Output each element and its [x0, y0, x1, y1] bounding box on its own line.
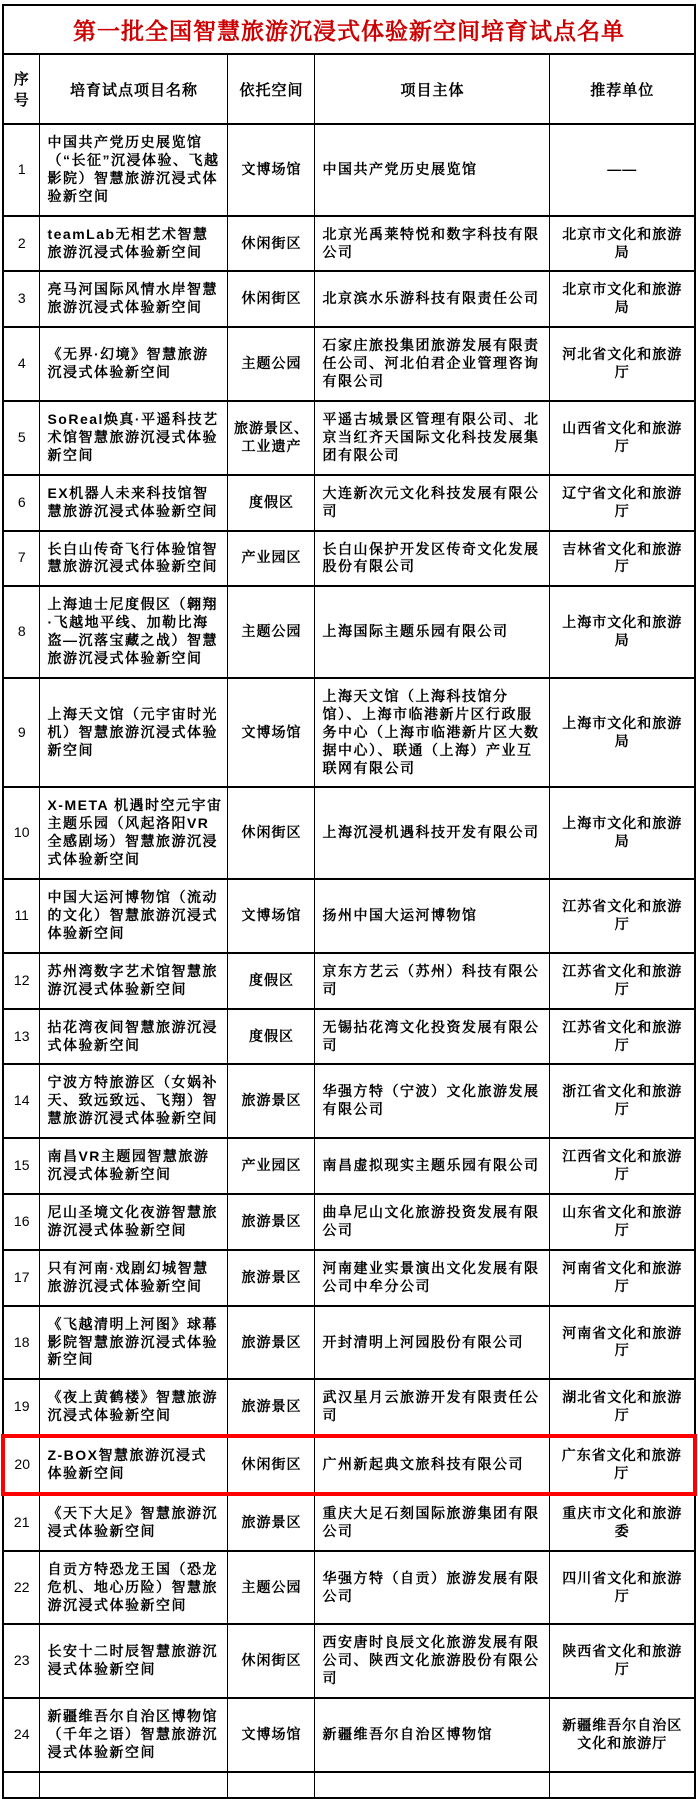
row-number-cell: 16	[3, 1194, 40, 1250]
space-type-cell: 主题公园	[228, 1551, 315, 1625]
column-header-recommender: 推荐单位	[550, 54, 695, 124]
table-row: 17只有河南·戏剧幻城智慧旅游沉浸式体验新空间旅游景区河南建业实景演出文化发展有…	[3, 1250, 695, 1306]
project-name-cell: 上海天文馆（元宇宙时光机）智慧旅游沉浸式体验新空间	[40, 678, 228, 788]
project-name-cell: 只有河南·戏剧幻城智慧旅游沉浸式体验新空间	[40, 1250, 228, 1306]
project-subject-cell: 上海沉浸机遇科技开发有限公司	[315, 787, 550, 879]
project-subject-cell: 重庆大足石刻国际旅游集团有限公司	[315, 1494, 550, 1551]
recommender-cell: 上海市文化和旅游局	[550, 678, 695, 788]
project-subject-cell: 开封清明上河园股份有限公司	[315, 1306, 550, 1380]
project-subject-cell: 曲阜尼山文化旅游投资发展有限公司	[315, 1194, 550, 1250]
recommender-cell: 新疆维吾尔自治区文化和旅游厅	[550, 1698, 695, 1772]
space-type-cell: 文博场馆	[228, 1698, 315, 1772]
space-type-cell: 文博场馆	[228, 124, 315, 216]
recommender-cell: 陕西省文化和旅游厅	[550, 1624, 695, 1698]
table-row: 8上海迪士尼度假区（翱翔·飞越地平线、加勒比海盗—沉落宝藏之战）智慧旅游沉浸式体…	[3, 586, 695, 678]
table-row: 16尼山圣境文化夜游智慧旅游沉浸式体验新空间旅游景区曲阜尼山文化旅游投资发展有限…	[3, 1194, 695, 1250]
recommender-cell: 北京市文化和旅游局	[550, 271, 695, 327]
table-row: 24新疆维吾尔自治区博物馆（千年之语）智慧旅游沉浸式体验新空间文博场馆新疆维吾尔…	[3, 1698, 695, 1772]
project-name-cell: 新疆维吾尔自治区博物馆（千年之语）智慧旅游沉浸式体验新空间	[40, 1698, 228, 1772]
space-type-cell: 旅游景区	[228, 1379, 315, 1436]
recommender-cell: 河北省文化和旅游厅	[550, 327, 695, 401]
row-number-cell: 11	[3, 879, 40, 953]
space-type-cell: 休闲街区	[228, 1436, 315, 1494]
project-subject-cell: 新疆维吾尔自治区博物馆	[315, 1698, 550, 1772]
title-row: 第一批全国智慧旅游沉浸式体验新空间培育试点名单	[3, 5, 695, 54]
row-number-cell: 7	[3, 531, 40, 587]
project-name-cell: 长白山传奇飞行体验馆智慧旅游沉浸式体验新空间	[40, 531, 228, 587]
space-type-cell: 旅游景区	[228, 1064, 315, 1138]
recommender-cell: 广东省文化和旅游厅	[550, 1436, 695, 1494]
space-type-cell: 旅游景区	[228, 1250, 315, 1306]
recommender-cell: 辽宁省文化和旅游厅	[550, 475, 695, 531]
recommender-cell: 江苏省文化和旅游厅	[550, 879, 695, 953]
row-number-cell: 14	[3, 1064, 40, 1138]
table-row: 11中国大运河博物馆（流动的文化）智慧旅游沉浸式体验新空间文博场馆扬州中国大运河…	[3, 879, 695, 953]
space-type-cell: 旅游景区	[228, 1306, 315, 1380]
column-header-space: 依托空间	[228, 54, 315, 124]
project-name-cell: 南昌VR主题园智慧旅游沉浸式体验新空间	[40, 1138, 228, 1194]
recommender-cell: 北京市文化和旅游局	[550, 216, 695, 272]
project-name-cell: 长安十二时辰智慧旅游沉浸式体验新空间	[40, 1624, 228, 1698]
project-name-cell: 尼山圣境文化夜游智慧旅游沉浸式体验新空间	[40, 1194, 228, 1250]
recommender-cell: 江西省文化和旅游厅	[550, 1138, 695, 1194]
page-title: 第一批全国智慧旅游沉浸式体验新空间培育试点名单	[3, 5, 695, 54]
project-name-cell: 上海迪士尼度假区（翱翔·飞越地平线、加勒比海盗—沉落宝藏之战）智慧旅游沉浸式体验…	[40, 586, 228, 678]
project-subject-cell: 华强方特（宁波）文化旅游发展有限公司	[315, 1064, 550, 1138]
space-type-cell: 主题公园	[228, 327, 315, 401]
table-row: 9上海天文馆（元宇宙时光机）智慧旅游沉浸式体验新空间文博场馆上海天文馆（上海科技…	[3, 678, 695, 788]
space-type-cell: 休闲街区	[228, 1624, 315, 1698]
project-subject-cell: 扬州中国大运河博物馆	[315, 879, 550, 953]
table-row: 4《无界·幻境》智慧旅游沉浸式体验新空间主题公园石家庄旅投集团旅游发展有限责任公…	[3, 327, 695, 401]
recommender-cell: 山东省文化和旅游厅	[550, 1194, 695, 1250]
recommender-cell: 湖北省文化和旅游厅	[550, 1379, 695, 1436]
row-number-cell: 10	[3, 787, 40, 879]
project-name-cell: 《天下大足》智慧旅游沉浸式体验新空间	[40, 1494, 228, 1551]
project-subject-cell: 武汉星月云旅游开发有限责任公司	[315, 1379, 550, 1436]
space-type-cell: 旅游景区	[228, 1194, 315, 1250]
table-row: 22自贡方特恐龙王国（恐龙危机、地心历险）智慧旅游沉浸式体验新空间主题公园华强方…	[3, 1551, 695, 1625]
empty-row	[3, 1772, 695, 1798]
table-row: 23长安十二时辰智慧旅游沉浸式体验新空间休闲街区西安唐时良辰文化旅游发展有限公司…	[3, 1624, 695, 1698]
table-row: 1中国共产党历史展览馆（“长征”沉浸体验、飞越影院）智慧旅游沉浸式体验新空间文博…	[3, 124, 695, 216]
project-subject-cell: 京东方艺云（苏州）科技有限公司	[315, 953, 550, 1009]
empty-cell	[3, 1772, 40, 1798]
project-subject-cell: 无锡拈花湾文化投资发展有限公司	[315, 1009, 550, 1065]
empty-cell	[550, 1772, 695, 1798]
project-name-cell: Z-BOX智慧旅游沉浸式体验新空间	[40, 1436, 228, 1494]
project-name-cell: SoReal焕真·平遥科技艺术馆智慧旅游沉浸式体验新空间	[40, 401, 228, 475]
row-number-cell: 3	[3, 271, 40, 327]
project-subject-cell: 河南建业实景演出文化发展有限公司中牟分公司	[315, 1250, 550, 1306]
column-header-subject: 项目主体	[315, 54, 550, 124]
row-number-cell: 8	[3, 586, 40, 678]
space-type-cell: 产业园区	[228, 1138, 315, 1194]
row-number-cell: 15	[3, 1138, 40, 1194]
space-type-cell: 休闲街区	[228, 216, 315, 272]
project-subject-cell: 西安唐时良辰文化旅游发展有限公司、陕西文化旅游股份有限公司	[315, 1624, 550, 1698]
project-name-cell: 亮马河国际风情水岸智慧旅游沉浸式体验新空间	[40, 271, 228, 327]
space-type-cell: 度假区	[228, 475, 315, 531]
recommender-cell: 河南省文化和旅游厅	[550, 1250, 695, 1306]
project-name-cell: 《无界·幻境》智慧旅游沉浸式体验新空间	[40, 327, 228, 401]
table-row: 18《飞越清明上河图》球幕影院智慧旅游沉浸式体验新空间旅游景区开封清明上河园股份…	[3, 1306, 695, 1380]
recommender-cell: 浙江省文化和旅游厅	[550, 1064, 695, 1138]
project-name-cell: 《夜上黄鹤楼》智慧旅游沉浸式体验新空间	[40, 1379, 228, 1436]
row-number-cell: 23	[3, 1624, 40, 1698]
project-subject-cell: 广州新起典文旅科技有限公司	[315, 1436, 550, 1494]
project-name-cell: 拈花湾夜间智慧旅游沉浸式体验新空间	[40, 1009, 228, 1065]
project-name-cell: 中国共产党历史展览馆（“长征”沉浸体验、飞越影院）智慧旅游沉浸式体验新空间	[40, 124, 228, 216]
recommender-cell: 四川省文化和旅游厅	[550, 1551, 695, 1625]
table-row-highlighted: 20Z-BOX智慧旅游沉浸式体验新空间休闲街区广州新起典文旅科技有限公司广东省文…	[3, 1436, 695, 1494]
recommender-cell: 江苏省文化和旅游厅	[550, 1009, 695, 1065]
space-type-cell: 旅游景区	[228, 1494, 315, 1551]
project-subject-cell: 大连新次元文化科技发展有限公司	[315, 475, 550, 531]
project-name-cell: 苏州湾数字艺术馆智慧旅游沉浸式体验新空间	[40, 953, 228, 1009]
space-type-cell: 休闲街区	[228, 787, 315, 879]
space-type-cell: 休闲街区	[228, 271, 315, 327]
recommender-cell: 河南省文化和旅游厅	[550, 1306, 695, 1380]
table-row: 21《天下大足》智慧旅游沉浸式体验新空间旅游景区重庆大足石刻国际旅游集团有限公司…	[3, 1494, 695, 1551]
table-body: 1中国共产党历史展览馆（“长征”沉浸体验、飞越影院）智慧旅游沉浸式体验新空间文博…	[3, 124, 695, 1798]
project-subject-cell: 上海国际主题乐园有限公司	[315, 586, 550, 678]
row-number-cell: 1	[3, 124, 40, 216]
project-subject-cell: 平遥古城景区管理有限公司、北京当红齐天国际文化科技发展集团有限公司	[315, 401, 550, 475]
table-header-row: 序号 培育试点项目名称 依托空间 项目主体 推荐单位	[3, 54, 695, 124]
row-number-cell: 22	[3, 1551, 40, 1625]
project-name-cell: X-META 机遇时空元宇宙主题乐园（风起洛阳VR全感剧场）智慧旅游沉浸式体验新…	[40, 787, 228, 879]
row-number-cell: 9	[3, 678, 40, 788]
table-row: 5SoReal焕真·平遥科技艺术馆智慧旅游沉浸式体验新空间旅游景区、工业遗产平遥…	[3, 401, 695, 475]
table-row: 2teamLab无相艺术智慧旅游沉浸式体验新空间休闲街区北京光禹莱特悦和数字科技…	[3, 216, 695, 272]
project-subject-cell: 上海天文馆（上海科技馆分馆）、上海市临港新片区行政服务中心（上海市临港新片区大数…	[315, 678, 550, 788]
table-row: 6EX机器人未来科技馆智慧旅游沉浸式体验新空间度假区大连新次元文化科技发展有限公…	[3, 475, 695, 531]
row-number-cell: 18	[3, 1306, 40, 1380]
project-name-cell: 自贡方特恐龙王国（恐龙危机、地心历险）智慧旅游沉浸式体验新空间	[40, 1551, 228, 1625]
table-row: 10X-META 机遇时空元宇宙主题乐园（风起洛阳VR全感剧场）智慧旅游沉浸式体…	[3, 787, 695, 879]
table-row: 13拈花湾夜间智慧旅游沉浸式体验新空间度假区无锡拈花湾文化投资发展有限公司江苏省…	[3, 1009, 695, 1065]
row-number-cell: 21	[3, 1494, 40, 1551]
project-name-cell: 《飞越清明上河图》球幕影院智慧旅游沉浸式体验新空间	[40, 1306, 228, 1380]
table-row: 15南昌VR主题园智慧旅游沉浸式体验新空间产业园区南昌虚拟现实主题乐园有限公司江…	[3, 1138, 695, 1194]
recommender-cell: 重庆市文化和旅游委	[550, 1494, 695, 1551]
pilot-list-table: 第一批全国智慧旅游沉浸式体验新空间培育试点名单 序号 培育试点项目名称 依托空间…	[1, 4, 697, 1799]
recommender-cell: 上海市文化和旅游局	[550, 787, 695, 879]
row-number-cell: 13	[3, 1009, 40, 1065]
table-row: 12苏州湾数字艺术馆智慧旅游沉浸式体验新空间度假区京东方艺云（苏州）科技有限公司…	[3, 953, 695, 1009]
project-subject-cell: 北京滨水乐游科技有限责任公司	[315, 271, 550, 327]
recommender-cell: 江苏省文化和旅游厅	[550, 953, 695, 1009]
row-number-cell: 2	[3, 216, 40, 272]
project-subject-cell: 华强方特（自贡）旅游发展有限公司	[315, 1551, 550, 1625]
space-type-cell: 度假区	[228, 953, 315, 1009]
column-header-name: 培育试点项目名称	[40, 54, 228, 124]
empty-cell	[315, 1772, 550, 1798]
space-type-cell: 旅游景区、工业遗产	[228, 401, 315, 475]
project-name-cell: EX机器人未来科技馆智慧旅游沉浸式体验新空间	[40, 475, 228, 531]
space-type-cell: 度假区	[228, 1009, 315, 1065]
row-number-cell: 6	[3, 475, 40, 531]
project-name-cell: teamLab无相艺术智慧旅游沉浸式体验新空间	[40, 216, 228, 272]
space-type-cell: 产业园区	[228, 531, 315, 587]
space-type-cell: 文博场馆	[228, 678, 315, 788]
row-number-cell: 20	[3, 1436, 40, 1494]
column-header-no: 序号	[3, 54, 40, 124]
project-name-cell: 中国大运河博物馆（流动的文化）智慧旅游沉浸式体验新空间	[40, 879, 228, 953]
row-number-cell: 12	[3, 953, 40, 1009]
recommender-cell: 山西省文化和旅游厅	[550, 401, 695, 475]
document-page: 第一批全国智慧旅游沉浸式体验新空间培育试点名单 序号 培育试点项目名称 依托空间…	[0, 0, 698, 1799]
empty-cell	[228, 1772, 315, 1798]
empty-cell	[40, 1772, 228, 1798]
project-subject-cell: 北京光禹莱特悦和数字科技有限公司	[315, 216, 550, 272]
table-row: 19《夜上黄鹤楼》智慧旅游沉浸式体验新空间旅游景区武汉星月云旅游开发有限责任公司…	[3, 1379, 695, 1436]
row-number-cell: 4	[3, 327, 40, 401]
row-number-cell: 19	[3, 1379, 40, 1436]
row-number-cell: 24	[3, 1698, 40, 1772]
table-row: 14宁波方特旅游区（女娲补天、致远致远、飞翔）智慧旅游沉浸式体验新空间旅游景区华…	[3, 1064, 695, 1138]
space-type-cell: 主题公园	[228, 586, 315, 678]
project-subject-cell: 长白山保护开发区传奇文化发展股份有限公司	[315, 531, 550, 587]
table-row: 3亮马河国际风情水岸智慧旅游沉浸式体验新空间休闲街区北京滨水乐游科技有限责任公司…	[3, 271, 695, 327]
project-name-cell: 宁波方特旅游区（女娲补天、致远致远、飞翔）智慧旅游沉浸式体验新空间	[40, 1064, 228, 1138]
row-number-cell: 17	[3, 1250, 40, 1306]
project-subject-cell: 中国共产党历史展览馆	[315, 124, 550, 216]
recommender-cell: ——	[550, 124, 695, 216]
space-type-cell: 文博场馆	[228, 879, 315, 953]
project-subject-cell: 石家庄旅投集团旅游发展有限责任公司、河北伯君企业管理咨询有限公司	[315, 327, 550, 401]
row-number-cell: 5	[3, 401, 40, 475]
recommender-cell: 吉林省文化和旅游厅	[550, 531, 695, 587]
recommender-cell: 上海市文化和旅游局	[550, 586, 695, 678]
table-row: 7长白山传奇飞行体验馆智慧旅游沉浸式体验新空间产业园区长白山保护开发区传奇文化发…	[3, 531, 695, 587]
project-subject-cell: 南昌虚拟现实主题乐园有限公司	[315, 1138, 550, 1194]
